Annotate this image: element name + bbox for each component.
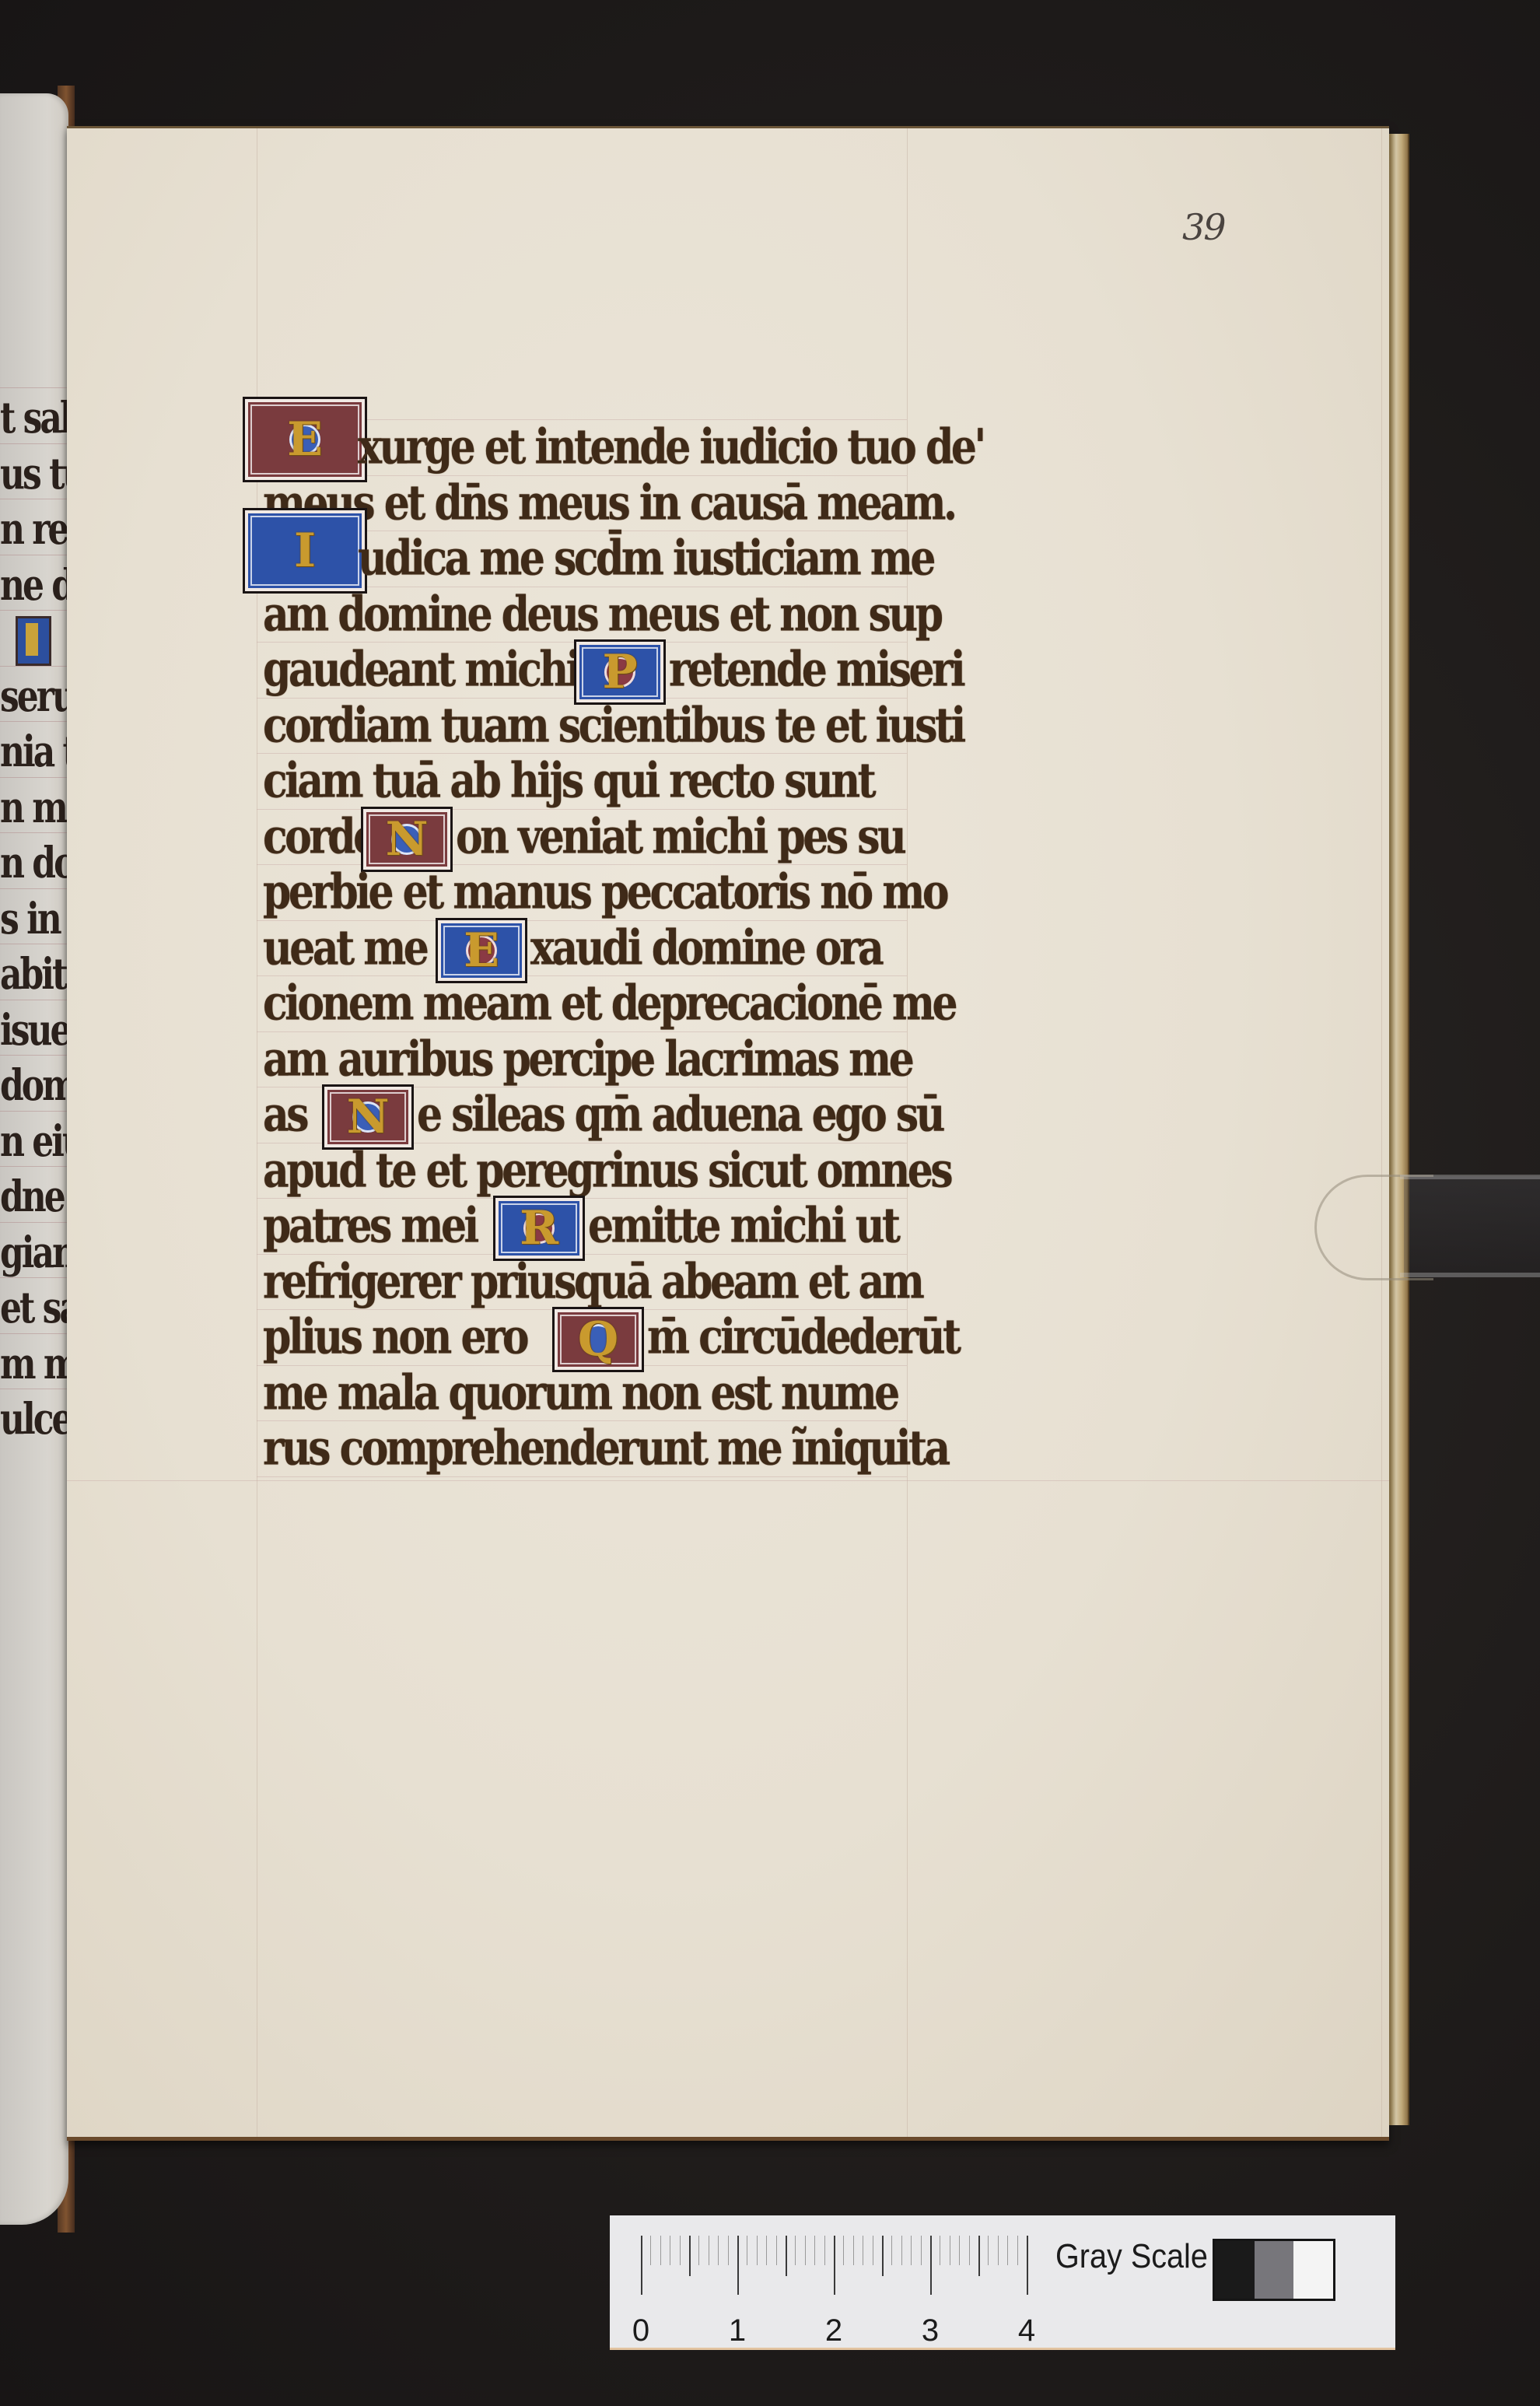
ruler-tick [757,2236,758,2265]
text-line-prefix: as [263,1087,306,1143]
left-leaf-text-line: abitur am [0,950,68,1000]
left-leaf-ruling [0,499,68,499]
illuminated-initial-p: P [574,639,666,705]
text-line-prefix: patres mei [263,1199,477,1254]
ruler-tick [853,2236,854,2265]
ruler-tick [786,2236,787,2276]
ruler-tick [834,2236,835,2295]
clip-loop [1314,1175,1433,1280]
clip-band-bottom [1400,1273,1540,1277]
ruler-tick [698,2236,699,2265]
ruler-tick [689,2236,691,2276]
left-leaf-ruling [0,1055,68,1056]
ruler-tick [1007,2236,1008,2265]
page-clip [1314,1137,1540,1316]
ruler-tick [863,2236,863,2265]
text-line: ciam tuā ab hijs qui recto sunt [263,754,873,809]
ruler-tick [795,2236,796,2265]
ruler-tick [680,2236,681,2265]
left-leaf-text-line: giantes [0,1228,68,1278]
gray-scale-label: Gray Scale [1055,2237,1208,2276]
left-leaf-text-line: m michi [0,1340,68,1389]
ruler-tick [940,2236,940,2265]
text-line: xaudi domine ora [530,921,881,976]
left-leaf-text-line: dne nom [0,1172,68,1222]
previous-leaf: t salutarius tuas dn retribune de manser… [0,93,68,2225]
left-leaf-text-line: nia tua d [0,727,68,777]
initial-letter: E [464,927,499,974]
left-leaf-ruling [0,1166,68,1167]
ruler-tick [843,2236,844,2265]
left-leaf-text-line: n eius m [0,1117,68,1167]
ruler-number: 0 [632,2313,649,2348]
ruler-tick [891,2236,892,2265]
ruler: 01234 [641,2236,1030,2290]
initial-letter: N [386,816,429,863]
initial-letter: I [294,527,316,574]
left-leaf-ruling [0,721,68,722]
ruler-tick [650,2236,651,2265]
ruler-tick [978,2236,980,2276]
initial-letter: Q [578,1316,618,1363]
text-line: udica me scd̄m iusticiam me [358,531,933,587]
ruler-tick [718,2236,719,2265]
left-leaf-text-line: seruum tu [0,672,68,722]
text-line: xurge et intende iudicio tuo de' [358,420,984,475]
ruler-number: 4 [1018,2313,1035,2348]
ruler-tick [882,2236,884,2276]
left-leaf-ruling [0,1389,68,1389]
illuminated-initial-e: E [243,397,367,482]
left-leaf-ruling [0,555,68,555]
left-leaf-text-line: n miseria [0,783,68,833]
illuminated-initial-e: E [436,918,527,983]
ruler-tick [988,2236,989,2265]
clip-band-top [1400,1175,1540,1179]
ruler-tick [873,2236,873,2265]
ruler-tick [776,2236,777,2265]
ruler-tick [805,2236,806,2265]
ruler-tick [747,2236,747,2265]
ruling-line-outer [1381,128,1382,2137]
left-leaf-ruling [0,1000,68,1000]
left-leaf-ruling [0,610,68,611]
text-line: am auribus percipe lacrimas me [263,1032,912,1087]
left-leaf-text-line: us tuas d [0,450,68,499]
left-leaf-text-line: domini me [0,1061,68,1111]
ruler-tick [670,2236,670,2265]
illuminated-initial-i: I [243,508,367,594]
text-line: retende miseri [669,643,963,698]
gray-swatch-white [1293,2241,1333,2299]
ruler-tick [766,2236,767,2265]
ruler-tick [998,2236,999,2265]
text-line-prefix: gaudeant michi [263,643,579,698]
ruler-tick [814,2236,815,2265]
left-leaf-ruling [0,1277,68,1278]
illuminated-initial-n: N [322,1084,414,1150]
left-leaf-ruling [0,1111,68,1112]
illuminated-initial-r: R [493,1196,585,1261]
text-line: me mala quorum non est nume [263,1366,898,1421]
ruler-number: 3 [922,2313,939,2348]
ruler-tick [737,2236,739,2295]
text-line: rus comprehenderunt me ĩniquita [263,1421,948,1476]
text-line: on veniat michi pes su [456,810,904,865]
ruler-tick [911,2236,912,2265]
ruler-tick [660,2236,661,2265]
left-leaf-ruling [0,777,68,778]
ruler-tick [1017,2236,1018,2265]
initial-letter: R [520,1205,558,1252]
ruler-tick [930,2236,932,2295]
text-line: emitte michi ut [588,1199,898,1254]
ruler-tick [901,2236,902,2265]
ruler-tick [824,2236,825,2265]
left-leaf-text-line: n retribu [0,505,68,555]
ruler-tick [641,2236,642,2295]
ruler-number: 1 [729,2313,746,2348]
folio-number: 39 [1182,206,1225,248]
ruler-tick [950,2236,950,2265]
text-line: cionem meam et deprecacionē me [263,976,955,1031]
text-line: am domine deus meus et non sup [263,587,941,643]
left-leaf-ruling [0,944,68,944]
text-line: e sileas qm̄ aduena ego sū [417,1087,943,1143]
left-leaf-ruling [0,1222,68,1223]
ruler-tick [959,2236,960,2265]
left-leaf-text-line: isuet et lat [0,1006,68,1056]
left-leaf-text-line: ne de man [0,561,68,611]
left-leaf-ruling [0,666,68,667]
ruler-number: 2 [825,2313,842,2348]
illuminated-initial-q: Q [552,1307,644,1372]
ruler-tick [709,2236,709,2265]
ruler-tick [1027,2236,1028,2295]
ruler-tick [921,2236,922,2265]
text-line: apud te et peregrinus sicut omnes [263,1143,950,1199]
text-line: cordiam tuam scientibus te et iusti [263,699,964,754]
left-leaf-text-line: ulcedas am [0,1395,68,1445]
initial-letter: E [287,416,323,463]
ruler-tick [969,2236,970,2265]
text-line-prefix: ueat me [263,921,426,976]
text-line-prefix: plius non ero [263,1310,527,1365]
left-leaf-ruling [0,387,68,388]
text-line: m̄ circūdederūt [647,1310,959,1365]
left-leaf-ruling [0,832,68,833]
gray-swatch-mid [1255,2241,1294,2299]
left-leaf-text-line: t salutari [0,394,68,443]
ruler-tick [728,2236,729,2265]
scale-card: 01234 Gray Scale [610,2215,1395,2350]
left-leaf-initial [16,616,51,666]
ruling-line-bottom [67,1480,1389,1481]
left-leaf-ruling [0,888,68,889]
left-leaf-text-line: et sanctu [0,1284,68,1333]
gray-scale-swatch [1213,2239,1335,2301]
text-line: refrigerer priusquā abeam et am [263,1255,922,1310]
initial-letter: P [602,649,637,695]
illuminated-initial-n: N [361,807,453,872]
left-leaf-ruling [0,1333,68,1334]
left-leaf-ruling [0,443,68,444]
left-leaf-text-line: n domini [0,839,68,888]
text-line-prefix: corde [263,810,376,865]
left-leaf-text-line: s in ore me [0,895,68,944]
gray-swatch-black [1215,2241,1255,2299]
text-line: perbie et manus peccatoris nō mo [263,865,947,920]
initial-letter: N [347,1094,390,1140]
